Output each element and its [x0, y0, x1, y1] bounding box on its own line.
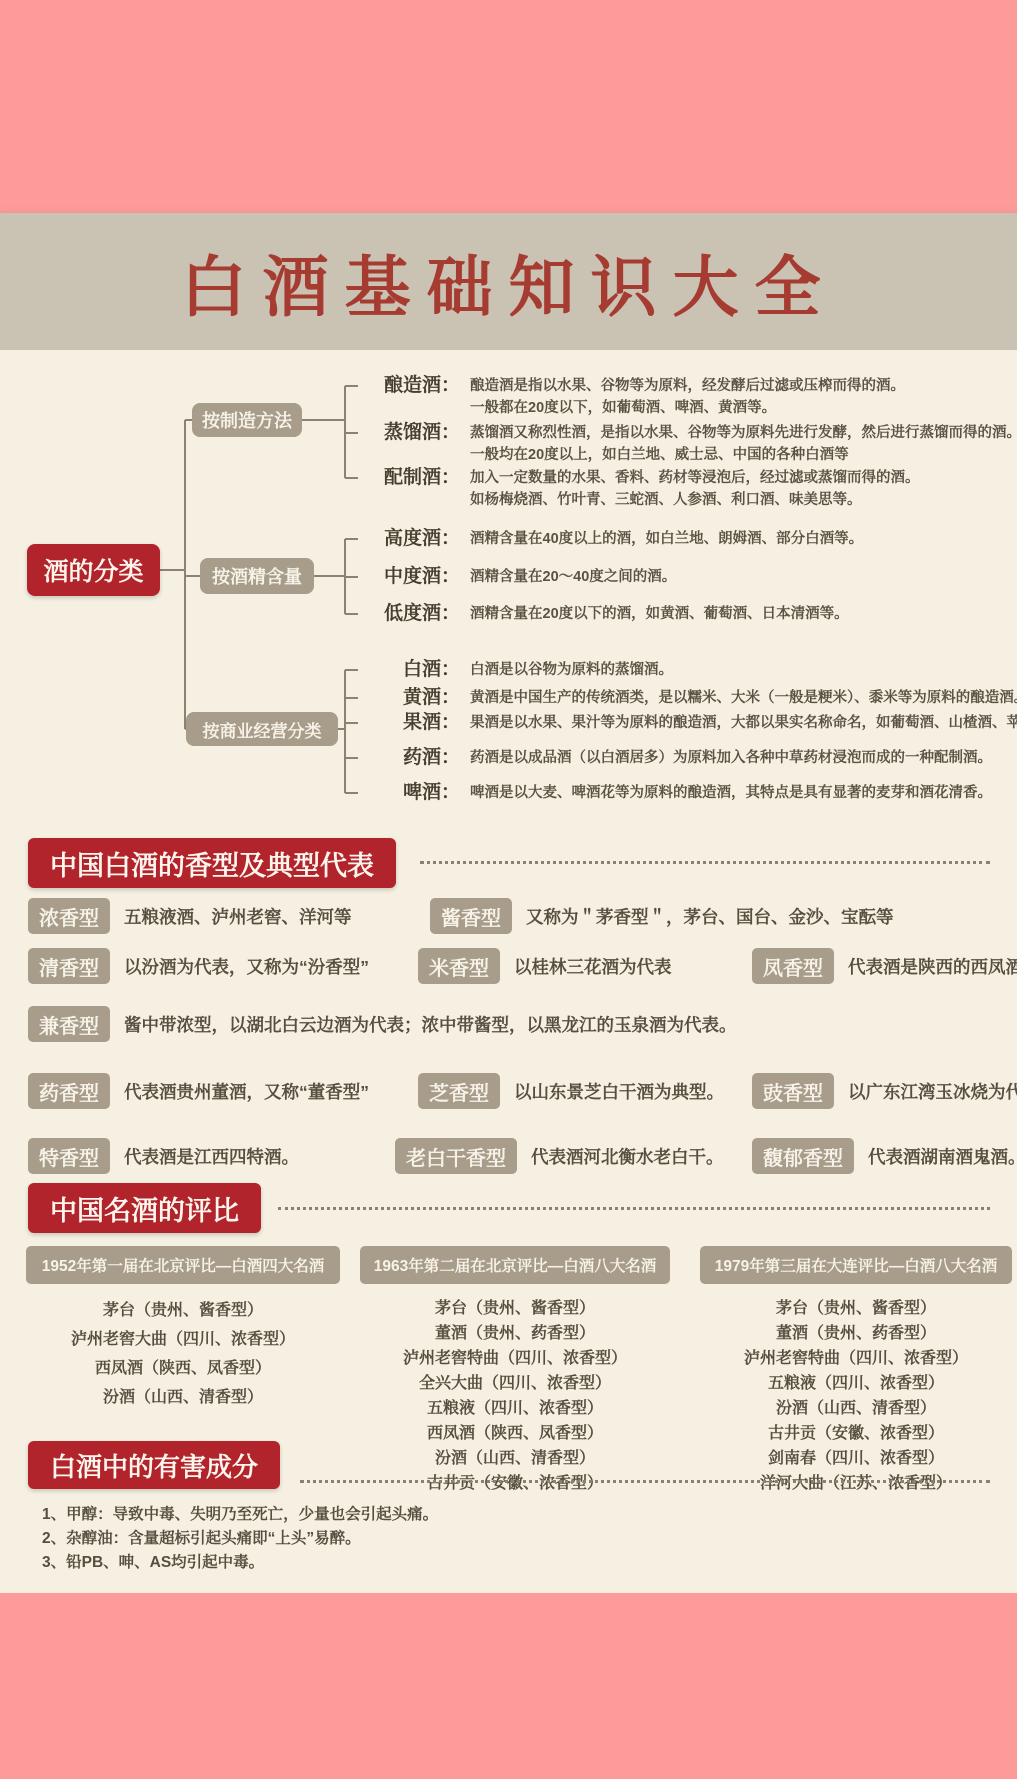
harmful-list: 1、甲醇：导致中毒、失明乃至死亡，少量也会引起头痛。 2、杂醇油：含量超标引起头… [42, 1503, 438, 1575]
aroma-chip: 酱香型 [430, 898, 512, 934]
aroma-desc: 代表酒河北衡水老白干。 [531, 1144, 724, 1169]
leaf-label: 中度酒： [360, 566, 460, 588]
harmful-item: 1、甲醇：导致中毒、失明乃至死亡，少量也会引起头痛。 [42, 1503, 438, 1527]
aroma-desc: 代表酒湖南酒鬼酒。 [868, 1144, 1017, 1169]
award-item: 泸州老窖特曲（四川、浓香型） [700, 1346, 1012, 1371]
branch-badge-method: 按制造方法 [192, 403, 302, 437]
award-item: 剑南春（四川、浓香型） [700, 1446, 1012, 1471]
aroma-item: 芝香型 以山东景芝白干酒为典型。 [418, 1073, 724, 1109]
aroma-desc: 以汾酒为代表，又称为“汾香型” [124, 954, 369, 979]
aroma-desc: 代表酒贵州董酒，又称“董香型” [124, 1079, 369, 1104]
colon: ： [441, 375, 460, 396]
leaf-label: 低度酒： [360, 603, 460, 625]
award-list-1963: 茅台（贵州、酱香型） 董酒（贵州、药香型） 泸州老窖特曲（四川、浓香型） 全兴大… [360, 1296, 670, 1496]
aroma-chip: 芝香型 [418, 1073, 500, 1109]
leaf-label: 酿造酒： [360, 375, 460, 397]
leaf-label: 啤酒： [360, 782, 460, 804]
title-banner: 白酒基础知识大全 [0, 213, 1017, 350]
aroma-item: 清香型 以汾酒为代表，又称为“汾香型” [28, 948, 369, 984]
award-item: 洋河大曲（江苏、浓香型） [700, 1471, 1012, 1496]
leaf-label: 配制酒： [360, 467, 460, 489]
poster-page: 白酒基础知识大全 酒的分类 按制造方法 按酒精含量 按商业经营分类 酿造酒： 酿… [0, 0, 1017, 1779]
aroma-item: 药香型 代表酒贵州董酒，又称“董香型” [28, 1073, 369, 1109]
aroma-section-header: 中国白酒的香型及典型代表 [28, 838, 396, 888]
award-list-1952: 茅台（贵州、酱香型） 泸州老窖大曲（四川、浓香型） 西凤酒（陕西、凤香型） 汾酒… [26, 1296, 340, 1412]
award-column-header-1979: 1979年第三届在大连评比—白酒八大名酒 [700, 1246, 1012, 1284]
award-item: 茅台（贵州、酱香型） [26, 1296, 340, 1325]
award-column-header-1963: 1963年第二届在北京评比—白酒八大名酒 [360, 1246, 670, 1284]
leaf-label: 黄酒： [360, 687, 460, 709]
colon: ： [441, 566, 460, 587]
leaf-desc: 黄酒是中国生产的传统酒类，是以糯米、大米（一般是粳米）、黍米等为原料的酿造酒。 [470, 687, 1017, 709]
aroma-item: 浓香型 五粮液酒、泸州老窖、洋河等 [28, 898, 352, 934]
leaf-desc: 酒精含量在40度以上的酒，如白兰地、朗姆酒、部分白酒等。 [470, 528, 863, 550]
colon: ： [441, 528, 460, 549]
leaf-row: 高度酒： 酒精含量在40度以上的酒，如白兰地、朗姆酒、部分白酒等。 [360, 528, 863, 550]
leaf-label: 白酒： [360, 659, 460, 681]
aroma-item: 酱香型 又称为＂茅香型＂，茅台、国台、金沙、宝酝等 [430, 898, 894, 934]
aroma-chip: 凤香型 [752, 948, 834, 984]
harmful-item: 2、杂醇油：含量超标引起头痛即“上头”易醉。 [42, 1527, 438, 1551]
award-item: 汾酒（山西、清香型） [360, 1446, 670, 1471]
aroma-desc: 酱中带浓型，以湖北白云边酒为代表；浓中带酱型，以黑龙江的玉泉酒为代表。 [124, 1012, 737, 1037]
leaf-row: 黄酒： 黄酒是中国生产的传统酒类，是以糯米、大米（一般是粳米）、黍米等为原料的酿… [360, 687, 1017, 709]
aroma-item: 豉香型 以广东江湾玉冰烧为代表。 [752, 1073, 1017, 1109]
colon: ： [441, 659, 460, 680]
colon: ： [441, 467, 460, 488]
awards-section-header: 中国名酒的评比 [28, 1183, 261, 1233]
leaf-row: 药酒： 药酒是以成品酒（以白酒居多）为原料加入各种中草药材浸泡而成的一种配制酒。 [360, 747, 992, 769]
aroma-chip: 特香型 [28, 1138, 110, 1174]
leaf-row: 白酒： 白酒是以谷物为原料的蒸馏酒。 [360, 659, 673, 681]
award-list-1979: 茅台（贵州、酱香型） 董酒（贵州、药香型） 泸州老窖特曲（四川、浓香型） 五粮液… [700, 1296, 1012, 1496]
leaf-desc: 白酒是以谷物为原料的蒸馏酒。 [470, 659, 673, 681]
leaf-desc: 药酒是以成品酒（以白酒居多）为原料加入各种中草药材浸泡而成的一种配制酒。 [470, 747, 992, 769]
aroma-desc: 又称为＂茅香型＂，茅台、国台、金沙、宝酝等 [526, 904, 894, 929]
aroma-chip: 米香型 [418, 948, 500, 984]
page-title: 白酒基础知识大全 [181, 234, 837, 329]
aroma-desc: 以广东江湾玉冰烧为代表。 [848, 1079, 1017, 1104]
leaf-label: 果酒： [360, 712, 460, 734]
aroma-item: 馥郁香型 代表酒湖南酒鬼酒。 [752, 1138, 1017, 1174]
leaf-label: 高度酒： [360, 528, 460, 550]
aroma-chip: 药香型 [28, 1073, 110, 1109]
colon: ： [441, 422, 460, 443]
aroma-chip: 馥郁香型 [752, 1138, 854, 1174]
colon: ： [441, 712, 460, 733]
aroma-desc: 代表酒是江西四特酒。 [124, 1144, 299, 1169]
award-column-header-1952: 1952年第一届在北京评比—白酒四大名酒 [26, 1246, 340, 1284]
leaf-row: 配制酒： 加入一定数量的水果、香料、药材等浸泡后，经过滤或蒸馏而得的酒。如杨梅烧… [360, 467, 920, 511]
leaf-label: 药酒： [360, 747, 460, 769]
award-item: 古井贡（安徽、浓香型） [700, 1421, 1012, 1446]
aroma-chip: 清香型 [28, 948, 110, 984]
leaf-row: 果酒： 果酒是以水果、果汁等为原料的酿造酒，大都以果实名称命名，如葡萄酒、山楂酒… [360, 712, 1017, 734]
aroma-chip: 老白干香型 [395, 1138, 517, 1174]
award-item: 泸州老窖特曲（四川、浓香型） [360, 1346, 670, 1371]
aroma-item: 凤香型 代表酒是陕西的西凤酒。 [752, 948, 1017, 984]
award-item: 茅台（贵州、酱香型） [360, 1296, 670, 1321]
leaf-desc: 蒸馏酒又称烈性酒，是指以水果、谷物等为原料先进行发酵，然后进行蒸馏而得的酒。一般… [470, 422, 1017, 466]
dotted-divider [300, 1480, 990, 1483]
award-item: 全兴大曲（四川、浓香型） [360, 1371, 670, 1396]
leaf-row: 啤酒： 啤酒是以大麦、啤酒花等为原料的酿造酒，其特点是具有显著的麦芽和酒花清香。 [360, 782, 992, 804]
leaf-row: 蒸馏酒： 蒸馏酒又称烈性酒，是指以水果、谷物等为原料先进行发酵，然后进行蒸馏而得… [360, 422, 1017, 466]
aroma-item: 米香型 以桂林三花酒为代表 [418, 948, 672, 984]
leaf-row: 低度酒： 酒精含量在20度以下的酒，如黄酒、葡萄酒、日本清酒等。 [360, 603, 849, 625]
aroma-desc: 代表酒是陕西的西凤酒。 [848, 954, 1017, 979]
harmful-section-header: 白酒中的有害成分 [28, 1441, 280, 1489]
dotted-divider [278, 1207, 990, 1210]
award-item: 汾酒（山西、清香型） [700, 1396, 1012, 1421]
award-item: 五粮液（四川、浓香型） [700, 1371, 1012, 1396]
dotted-divider [420, 861, 990, 864]
aroma-chip: 浓香型 [28, 898, 110, 934]
aroma-chip: 豉香型 [752, 1073, 834, 1109]
award-item: 茅台（贵州、酱香型） [700, 1296, 1012, 1321]
award-item: 五粮液（四川、浓香型） [360, 1396, 670, 1421]
award-item: 泸州老窖大曲（四川、浓香型） [26, 1325, 340, 1354]
colon: ： [441, 687, 460, 708]
leaf-desc: 酒精含量在20度以下的酒，如黄酒、葡萄酒、日本清酒等。 [470, 603, 849, 625]
leaf-label: 蒸馏酒： [360, 422, 460, 444]
award-item: 董酒（贵州、药香型） [700, 1321, 1012, 1346]
leaf-desc: 啤酒是以大麦、啤酒花等为原料的酿造酒，其特点是具有显著的麦芽和酒花清香。 [470, 782, 992, 804]
branch-badge-commercial: 按商业经营分类 [186, 712, 338, 746]
leaf-desc: 加入一定数量的水果、香料、药材等浸泡后，经过滤或蒸馏而得的酒。如杨梅烧酒、竹叶青… [470, 467, 920, 511]
leaf-desc: 果酒是以水果、果汁等为原料的酿造酒，大都以果实名称命名，如葡萄酒、山楂酒、苹果酒… [470, 712, 1017, 734]
leaf-desc: 酿造酒是指以水果、谷物等为原料，经发酵后过滤或压榨而得的酒。一般都在20度以下，… [470, 375, 905, 419]
leaf-row: 酿造酒： 酿造酒是指以水果、谷物等为原料，经发酵后过滤或压榨而得的酒。一般都在2… [360, 375, 905, 419]
aroma-desc: 以桂林三花酒为代表 [514, 954, 672, 979]
leaf-desc: 酒精含量在20～40度之间的酒。 [470, 566, 676, 588]
award-item: 西凤酒（陕西、凤香型） [360, 1421, 670, 1446]
award-item: 古井贡（安徽、浓香型） [360, 1471, 670, 1496]
aroma-item: 特香型 代表酒是江西四特酒。 [28, 1138, 299, 1174]
classification-root-badge: 酒的分类 [27, 544, 160, 596]
colon: ： [441, 603, 460, 624]
colon: ： [441, 782, 460, 803]
branch-badge-alcohol: 按酒精含量 [200, 558, 314, 594]
harmful-item: 3、铅PB、呻、AS均引起中毒。 [42, 1551, 438, 1575]
award-item: 西凤酒（陕西、凤香型） [26, 1354, 340, 1383]
aroma-chip: 兼香型 [28, 1006, 110, 1042]
colon: ： [441, 747, 460, 768]
award-item: 董酒（贵州、药香型） [360, 1321, 670, 1346]
aroma-desc: 以山东景芝白干酒为典型。 [514, 1079, 724, 1104]
aroma-item: 老白干香型 代表酒河北衡水老白干。 [395, 1138, 724, 1174]
award-item: 汾酒（山西、清香型） [26, 1383, 340, 1412]
aroma-item: 兼香型 酱中带浓型，以湖北白云边酒为代表；浓中带酱型，以黑龙江的玉泉酒为代表。 [28, 1006, 737, 1042]
leaf-row: 中度酒： 酒精含量在20～40度之间的酒。 [360, 566, 676, 588]
aroma-desc: 五粮液酒、泸州老窖、洋河等 [124, 904, 352, 929]
